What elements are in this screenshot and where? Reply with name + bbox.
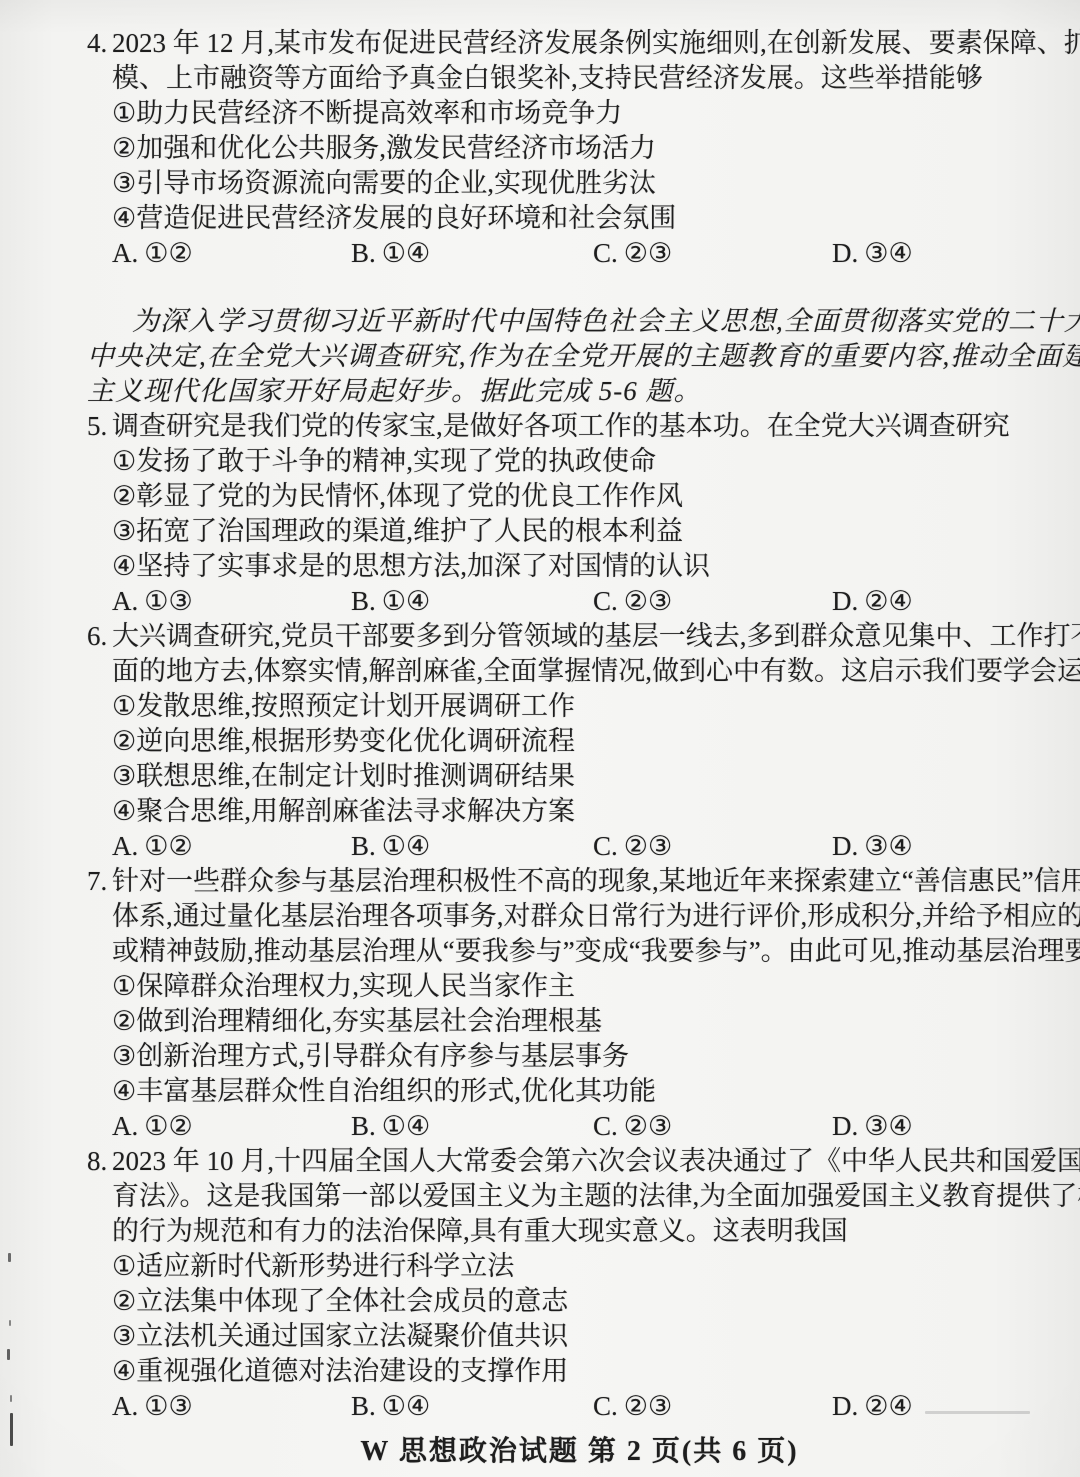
statement-item: ②立法集中体现了全体社会成员的意志 bbox=[87, 1284, 1032, 1319]
stem-text: 2023 年 10 月,十四届全国人大常委会第六次会议表决通过了《中华人民共和国… bbox=[112, 1146, 1080, 1176]
question-number: 5. bbox=[87, 409, 112, 444]
question-7: 7.针对一些群众参与基层治理积极性不高的现象,某地近年来探索建立“善信惠民”信用… bbox=[87, 864, 1032, 1144]
option-d: D.②④ bbox=[832, 584, 913, 619]
answer-options-row: A.①② B.①④ C.②③ D.③④ bbox=[87, 1109, 1032, 1144]
statement-item: ②加强和优化公共服务,激发民营经济市场活力 bbox=[87, 131, 1032, 166]
statement-item: ④聚合思维,用解剖麻雀法寻求解决方案 bbox=[87, 794, 1032, 829]
stem-text: 调查研究是我们党的传家宝,是做好各项工作的基本功。在全党大兴调查研究 bbox=[112, 411, 1010, 441]
option-value: ②③ bbox=[624, 831, 672, 861]
exam-paper-page: 4.2023 年 12 月,某市发布促进民营经济发展条例实施细则,在创新发展、要… bbox=[0, 0, 1080, 1477]
option-label: C. bbox=[593, 238, 618, 268]
statement-item: ③拓宽了治国理政的渠道,维护了人民的根本利益 bbox=[87, 514, 1032, 549]
page-content: 4.2023 年 12 月,某市发布促进民营经济发展条例实施细则,在创新发展、要… bbox=[87, 26, 1032, 1471]
question-4: 4.2023 年 12 月,某市发布促进民营经济发展条例实施细则,在创新发展、要… bbox=[87, 26, 1032, 271]
statement-item: ③立法机关通过国家立法凝聚价值共识 bbox=[87, 1319, 1032, 1354]
passage-line: 中央决定,在全党大兴调查研究,作为在全党开展的主题教育的重要内容,推动全面建设社… bbox=[87, 339, 1032, 374]
stem-line: 6.大兴调查研究,党员干部要多到分管领域的基层一线去,多到群众意见集中、工作打不… bbox=[87, 619, 1032, 654]
question-number: 8. bbox=[87, 1144, 112, 1179]
question-5: 5.调查研究是我们党的传家宝,是做好各项工作的基本功。在全党大兴调查研究 ①发扬… bbox=[87, 409, 1032, 619]
option-value: ③④ bbox=[864, 831, 912, 861]
option-label: C. bbox=[593, 831, 618, 861]
option-label: D. bbox=[832, 1111, 858, 1141]
answer-options-row: A.①② B.①④ C.②③ D.③④ bbox=[87, 236, 1032, 271]
option-d: D.③④ bbox=[832, 236, 913, 271]
option-label: D. bbox=[832, 586, 858, 616]
question-number: 4. bbox=[87, 26, 112, 61]
statement-item: ①保障群众治理权力,实现人民当家作主 bbox=[87, 969, 1032, 1004]
statement-item: ①助力民营经济不断提高效率和市场竞争力 bbox=[87, 96, 1032, 131]
option-b: B.①④ bbox=[351, 1109, 593, 1144]
statement-item: ②逆向思维,根据形势变化优化调研流程 bbox=[87, 724, 1032, 759]
statement-item: ③创新治理方式,引导群众有序参与基层事务 bbox=[87, 1039, 1032, 1074]
stem-text: 大兴调查研究,党员干部要多到分管领域的基层一线去,多到群众意见集中、工作打不开局 bbox=[112, 621, 1080, 651]
option-value: ②③ bbox=[624, 1111, 672, 1141]
option-b: B.①④ bbox=[351, 236, 593, 271]
option-a: A.①③ bbox=[112, 1389, 351, 1424]
passage-intro: 为深入学习贯彻习近平新时代中国特色社会主义思想,全面贯彻落实党的二十大精神,党 … bbox=[87, 304, 1032, 409]
option-value: ①④ bbox=[382, 1391, 430, 1421]
scan-artifact bbox=[7, 1349, 10, 1360]
stem-line: 4.2023 年 12 月,某市发布促进民营经济发展条例实施细则,在创新发展、要… bbox=[87, 26, 1032, 61]
option-d: D.③④ bbox=[832, 1109, 913, 1144]
option-c: C.②③ bbox=[593, 1109, 832, 1144]
option-value: ①④ bbox=[382, 586, 430, 616]
stem-line: 体系,通过量化基层治理各项事务,对群众日常行为进行评价,形成积分,并给予相应的物… bbox=[87, 899, 1032, 934]
statement-item: ②做到治理精细化,夯实基层社会治理根基 bbox=[87, 1004, 1032, 1039]
scan-artifact bbox=[925, 1411, 1030, 1414]
statement-item: ②彰显了党的为民情怀,体现了党的优良工作作风 bbox=[87, 479, 1032, 514]
statement-item: ③引导市场资源流向需要的企业,实现优胜劣汰 bbox=[87, 166, 1032, 201]
option-value: ②③ bbox=[624, 238, 672, 268]
option-value: ①② bbox=[144, 831, 192, 861]
stem-line: 的行为规范和有力的法治保障,具有重大现实意义。这表明我国 bbox=[87, 1214, 1032, 1249]
answer-options-row: A.①③ B.①④ C.②③ D.②④ bbox=[87, 1389, 1032, 1424]
scan-artifact bbox=[9, 1320, 11, 1326]
stem-line: 或精神鼓励,推动基层治理从“要我参与”变成“我要参与”。由此可见,推动基层治理要 bbox=[87, 934, 1032, 969]
option-value: ②③ bbox=[624, 1391, 672, 1421]
option-label: B. bbox=[351, 1391, 376, 1421]
statement-item: ①适应新时代新形势进行科学立法 bbox=[87, 1249, 1032, 1284]
stem-line: 7.针对一些群众参与基层治理积极性不高的现象,某地近年来探索建立“善信惠民”信用… bbox=[87, 864, 1032, 899]
option-b: B.①④ bbox=[351, 1389, 593, 1424]
option-label: A. bbox=[112, 238, 138, 268]
option-a: A.①③ bbox=[112, 584, 351, 619]
question-number: 6. bbox=[87, 619, 112, 654]
stem-line: 育法》。这是我国第一部以爱国主义为主题的法律,为全面加强爱国主义教育提供了根本 bbox=[87, 1179, 1032, 1214]
option-a: A.①② bbox=[112, 829, 351, 864]
option-label: B. bbox=[351, 1111, 376, 1141]
option-value: ①④ bbox=[382, 831, 430, 861]
page-footer: W 思想政治试题 第 2 页(共 6 页) bbox=[107, 1433, 1052, 1471]
stem-text: 2023 年 12 月,某市发布促进民营经济发展条例实施细则,在创新发展、要素保… bbox=[112, 28, 1080, 58]
scan-artifact bbox=[8, 1253, 11, 1262]
statement-item: ④坚持了实事求是的思想方法,加深了对国情的认识 bbox=[87, 549, 1032, 584]
option-value: ①③ bbox=[144, 586, 192, 616]
option-a: A.①② bbox=[112, 1109, 351, 1144]
stem-line: 5.调查研究是我们党的传家宝,是做好各项工作的基本功。在全党大兴调查研究 bbox=[87, 409, 1032, 444]
statement-item: ④重视强化道德对法治建设的支撑作用 bbox=[87, 1354, 1032, 1389]
option-label: A. bbox=[112, 586, 138, 616]
question-number: 7. bbox=[87, 864, 112, 899]
statement-item: ①发扬了敢于斗争的精神,实现了党的执政使命 bbox=[87, 444, 1032, 479]
stem-text: 针对一些群众参与基层治理积极性不高的现象,某地近年来探索建立“善信惠民”信用评价 bbox=[112, 866, 1080, 896]
option-c: C.②③ bbox=[593, 1389, 832, 1424]
stem-line: 面的地方去,体察实情,解剖麻雀,全面掌握情况,做到心中有数。这启示我们要学会运用 bbox=[87, 654, 1032, 689]
answer-options-row: A.①② B.①④ C.②③ D.③④ bbox=[87, 829, 1032, 864]
option-d: D.③④ bbox=[832, 829, 913, 864]
passage-line: 主义现代化国家开好局起好步。据此完成 5-6 题。 bbox=[87, 374, 1032, 409]
option-value: ②④ bbox=[864, 586, 912, 616]
option-label: B. bbox=[351, 238, 376, 268]
stem-line: 8.2023 年 10 月,十四届全国人大常委会第六次会议表决通过了《中华人民共… bbox=[87, 1144, 1032, 1179]
option-value: ①② bbox=[144, 238, 192, 268]
option-c: C.②③ bbox=[593, 236, 832, 271]
question-6: 6.大兴调查研究,党员干部要多到分管领域的基层一线去,多到群众意见集中、工作打不… bbox=[87, 619, 1032, 864]
option-value: ③④ bbox=[864, 1111, 912, 1141]
option-value: ①④ bbox=[382, 1111, 430, 1141]
statement-item: ④营造促进民营经济发展的良好环境和社会氛围 bbox=[87, 201, 1032, 236]
option-value: ①④ bbox=[382, 238, 430, 268]
option-c: C.②③ bbox=[593, 584, 832, 619]
stem-line: 模、上市融资等方面给予真金白银奖补,支持民营经济发展。这些举措能够 bbox=[87, 61, 1032, 96]
option-label: C. bbox=[593, 1111, 618, 1141]
option-label: C. bbox=[593, 586, 618, 616]
option-value: ②③ bbox=[624, 586, 672, 616]
option-value: ③④ bbox=[864, 238, 912, 268]
scan-artifact bbox=[10, 1413, 13, 1446]
option-d: D.②④ bbox=[832, 1389, 913, 1424]
option-b: B.①④ bbox=[351, 829, 593, 864]
statement-item: ③联想思维,在制定计划时推测调研结果 bbox=[87, 759, 1032, 794]
option-c: C.②③ bbox=[593, 829, 832, 864]
option-value: ②④ bbox=[864, 1391, 912, 1421]
statement-item: ①发散思维,按照预定计划开展调研工作 bbox=[87, 689, 1032, 724]
option-label: B. bbox=[351, 586, 376, 616]
statement-item: ④丰富基层群众性自治组织的形式,优化其功能 bbox=[87, 1074, 1032, 1109]
question-8: 8.2023 年 10 月,十四届全国人大常委会第六次会议表决通过了《中华人民共… bbox=[87, 1144, 1032, 1424]
option-value: ①③ bbox=[144, 1391, 192, 1421]
option-a: A.①② bbox=[112, 236, 351, 271]
option-value: ①② bbox=[144, 1111, 192, 1141]
option-label: D. bbox=[832, 1391, 858, 1421]
option-label: C. bbox=[593, 1391, 618, 1421]
option-label: B. bbox=[351, 831, 376, 861]
answer-options-row: A.①③ B.①④ C.②③ D.②④ bbox=[87, 584, 1032, 619]
option-b: B.①④ bbox=[351, 584, 593, 619]
option-label: D. bbox=[832, 238, 858, 268]
passage-line: 为深入学习贯彻习近平新时代中国特色社会主义思想,全面贯彻落实党的二十大精神,党 bbox=[87, 304, 1032, 339]
scan-artifact bbox=[10, 1395, 12, 1402]
option-label: A. bbox=[112, 1111, 138, 1141]
option-label: A. bbox=[112, 831, 138, 861]
option-label: D. bbox=[832, 831, 858, 861]
option-label: A. bbox=[112, 1391, 138, 1421]
